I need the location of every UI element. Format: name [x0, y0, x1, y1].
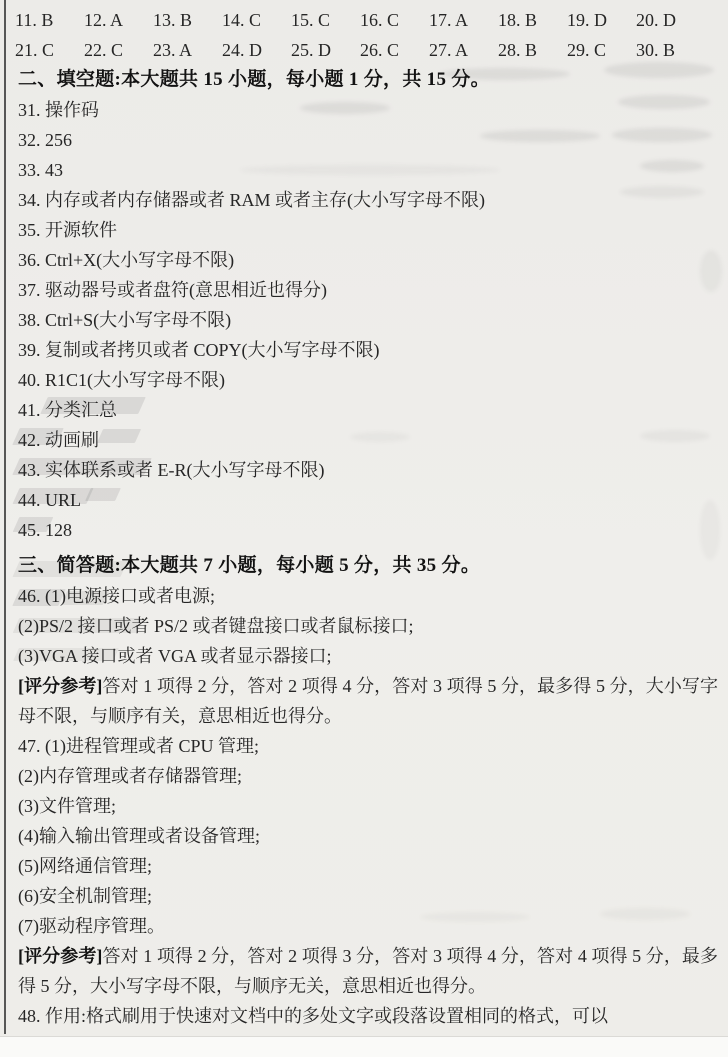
scoring-text: 答对 1 项得 2 分，答对 2 项得 3 分，答对 3 项得 4 分，答对 4… — [18, 946, 718, 996]
choice-answers-row-21-30: 21. C 22. C 23. A 24. D 25. D 26. C 27. … — [15, 35, 718, 65]
short-answer-line: 48. 作用:格式刷用于快速对文档中的多处文字或段落设置相同的格式，可以 — [18, 1001, 718, 1031]
scan-smudge — [61, 591, 109, 605]
scan-blot — [480, 130, 600, 142]
scan-smudge — [12, 561, 127, 577]
choice-answer: 23. A — [153, 35, 222, 65]
answer-key-content: 11. B 12. A 13. B 14. C 15. C 16. C 17. … — [0, 5, 728, 1031]
scan-blot — [618, 95, 710, 109]
scan-blot — [240, 165, 500, 175]
scan-smudge — [13, 648, 119, 661]
scan-smudge — [12, 458, 152, 475]
fill-blank-answer: 37. 驱动器号或者盘符(意思相近也得分) — [18, 275, 718, 305]
short-answer-line: (5)网络通信管理; — [18, 851, 718, 881]
scoring-label: [评分参考] — [18, 946, 102, 966]
document-page: 11. B 12. A 13. B 14. C 15. C 16. C 17. … — [0, 0, 728, 1057]
scan-blot — [604, 62, 714, 78]
choice-answer: 11. B — [15, 5, 84, 35]
fill-blank-answer: 34. 内存或者内存储器或者 RAM 或者主存(大小写字母不限) — [18, 185, 718, 215]
choice-answer: 30. B — [636, 35, 705, 65]
choice-answer: 24. D — [222, 35, 291, 65]
fill-blank-answer: 40. R1C1(大小写字母不限) — [18, 365, 718, 395]
short-answer-line: 47. (1)进程管理或者 CPU 管理; — [18, 731, 718, 761]
choice-answers-row-11-20: 11. B 12. A 13. B 14. C 15. C 16. C 17. … — [15, 5, 718, 35]
short-answer-line: (4)输入输出管理或者设备管理; — [18, 821, 718, 851]
short-answer-line: (3)VGA 接口或者 VGA 或者显示器接口; — [18, 641, 718, 671]
choice-answer: 29. C — [567, 35, 636, 65]
fill-blank-answer: 35. 开源软件 — [18, 215, 718, 245]
scan-smudge — [13, 618, 144, 633]
choice-answer: 14. C — [222, 5, 291, 35]
scoring-label: [评分参考] — [18, 676, 102, 696]
fill-blank-answer: 45. 128 — [18, 515, 718, 545]
scan-smudge — [12, 428, 64, 445]
fill-blank-answer: 36. Ctrl+X(大小写字母不限) — [18, 245, 718, 275]
choice-answer: 16. C — [360, 5, 429, 35]
scan-blot — [440, 68, 570, 80]
choice-answer: 26. C — [360, 35, 429, 65]
choice-answer: 25. D — [291, 35, 360, 65]
scan-blot — [620, 186, 704, 198]
choice-answer: 27. A — [429, 35, 498, 65]
choice-answer: 28. B — [498, 35, 567, 65]
choice-answer: 19. D — [567, 5, 636, 35]
scan-blot — [612, 128, 712, 142]
choice-answer: 22. C — [84, 35, 153, 65]
short-answer-line: (2)内存管理或者存储器管理; — [18, 761, 718, 791]
scan-blot — [640, 160, 704, 172]
short-answer-line: 46. (1)电源接口或者电源; — [18, 581, 718, 611]
choice-answer: 17. A — [429, 5, 498, 35]
page-bottom-margin — [0, 1036, 728, 1057]
fill-blank-answer: 44. URL — [18, 485, 718, 515]
scan-smudge — [12, 488, 93, 504]
scan-smudge — [13, 517, 54, 532]
choice-answer: 21. C — [15, 35, 84, 65]
choice-answer: 18. B — [498, 5, 567, 35]
scan-smudge — [12, 589, 66, 606]
fill-blank-answer: 38. Ctrl+S(大小写字母不限) — [18, 305, 718, 335]
scan-smudge — [97, 429, 141, 443]
scan-blot — [700, 500, 720, 560]
choice-answer: 20. D — [636, 5, 705, 35]
scan-blot — [700, 250, 722, 292]
scan-blot — [420, 912, 530, 922]
scan-blot — [640, 430, 710, 442]
scan-smudge — [40, 397, 146, 414]
choice-answer: 12. A — [84, 5, 153, 35]
scan-blot — [300, 102, 390, 114]
scan-blot — [350, 432, 410, 442]
fill-blank-answer: 32. 256 — [18, 125, 718, 155]
scan-smudge — [85, 488, 121, 501]
scoring-text: 答对 1 项得 2 分，答对 2 项得 4 分，答对 3 项得 5 分，最多得 … — [18, 676, 718, 726]
choice-answer: 15. C — [291, 5, 360, 35]
q46-scoring-note: [评分参考]答对 1 项得 2 分，答对 2 项得 4 分，答对 3 项得 5 … — [18, 671, 718, 731]
choice-answer: 13. B — [153, 5, 222, 35]
fill-blank-answer: 39. 复制或者拷贝或者 COPY(大小写字母不限) — [18, 335, 718, 365]
scan-blot — [600, 908, 690, 920]
short-answer-line: (3)文件管理; — [18, 791, 718, 821]
q47-scoring-note: [评分参考]答对 1 项得 2 分，答对 2 项得 3 分，答对 3 项得 4 … — [18, 941, 718, 1001]
short-answer-line: (6)安全机制管理; — [18, 881, 718, 911]
